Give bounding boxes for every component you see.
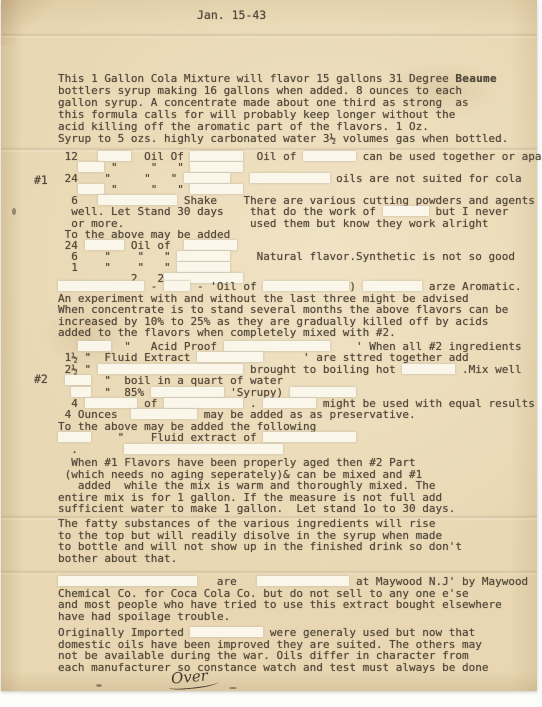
redaction-box [290,387,356,397]
text-segment: .Mix well [455,363,521,376]
redaction-box [151,387,224,397]
redaction-box [177,262,230,272]
paper-crease [1,33,537,38]
redaction-box [250,173,329,183]
text-segment: Syrup to 5 ozs. highly carbonated water … [58,132,508,145]
section-imported: Originally Imported were generaly used b… [58,627,488,674]
date-heading: Jan. 15-43 [197,8,266,22]
redaction-box [85,240,125,250]
section-aromatic: - - 'Oil of ) arze Aromatic.An experimen… [58,281,522,339]
text-line: bother about that. [58,553,462,565]
redaction-box [363,281,423,291]
text-segment: added to the flavors when completely mix… [58,326,396,339]
redaction-box [131,409,197,419]
section-intro: This 1 Gallon Cola Mixture will flavor 1… [58,73,508,145]
redaction-box [71,387,91,397]
redaction-box [58,281,144,291]
redaction-box [98,195,177,205]
redaction-box [303,151,356,161]
redaction-box [190,184,243,194]
redaction-box [58,432,91,442]
text-segment: sufficient water to make 1 gallon. Let s… [58,502,455,515]
redaction-box [184,240,237,250]
text-line: each manufacturer so constance watch and… [58,662,488,674]
redaction-box [164,398,243,408]
text-line: sufficient water to make 1 gallon. Let s… [58,503,455,515]
redaction-box [257,576,350,586]
text-line: Syrup to 5 ozs. highly carbonated water … [58,133,508,145]
text-segment: can be used together or apart [356,150,542,163]
text-segment: Natural flavor.Synthetic is not so good [230,250,515,263]
text-segment: of [137,397,164,410]
redaction-box [190,151,243,161]
redaction-box [85,398,138,408]
paper-fold-corner [1,0,53,46]
handwritten-over-note: Over [170,666,208,687]
redaction-box [190,162,243,172]
redaction-box [98,151,131,161]
scanned-document-page: Jan. 15-43 #1 #2 This 1 Gallon Cola Mixt… [1,0,537,691]
redaction-box [263,281,349,291]
text-segment: bother about that. [58,552,177,565]
redaction-box [197,352,263,362]
section-fatty: The fatty substances of the various ingr… [58,518,462,565]
text-segment [230,172,250,185]
redaction-box [58,576,197,586]
paper-speck [12,208,16,215]
text-segment: oils are not suited for cola [330,172,522,185]
text-segment: each manufacturer so constance watch and… [58,661,488,674]
paper-speck [96,684,102,687]
redaction-box [184,173,230,183]
section-formula2: " Acid Proof ' When all #2 ingredients 1… [58,341,535,455]
redaction-box [98,364,244,374]
section-maywood: are at Maywood N.J' by MaywoodChemical C… [58,576,528,623]
redaction-box [164,281,190,291]
redaction-box [78,341,111,351]
text-segment: . [58,443,124,456]
redaction-box [65,375,91,385]
redaction-box [78,184,104,194]
redaction-box [263,398,316,408]
redaction-box [383,206,429,216]
text-line: added to the flavors when completely mix… [58,327,522,339]
redaction-box [190,627,263,637]
scan-background: Jan. 15-43 #1 #2 This 1 Gallon Cola Mixt… [0,0,542,707]
margin-label-formula2: #2 [34,372,48,386]
redaction-box [78,162,104,172]
section-mixing: When #1 Flavors have been properly aged … [58,457,455,515]
text-segment: have had spoilage trouble. [58,610,230,623]
redaction-box [177,251,230,261]
redaction-box [263,432,356,442]
redaction-box [402,364,455,374]
text-line: have had spoilage trouble. [58,611,528,623]
text-line: " Fluid extract of [58,432,535,443]
text-segment: Oil of [243,150,303,163]
text-line: . [58,444,535,455]
redaction-box [224,341,330,351]
section-formula1: 12 Oil Of Oil of can be used together or… [58,151,542,284]
margin-label-formula1: #1 [34,173,48,187]
paper-speck [229,687,237,689]
redaction-box [124,444,283,454]
